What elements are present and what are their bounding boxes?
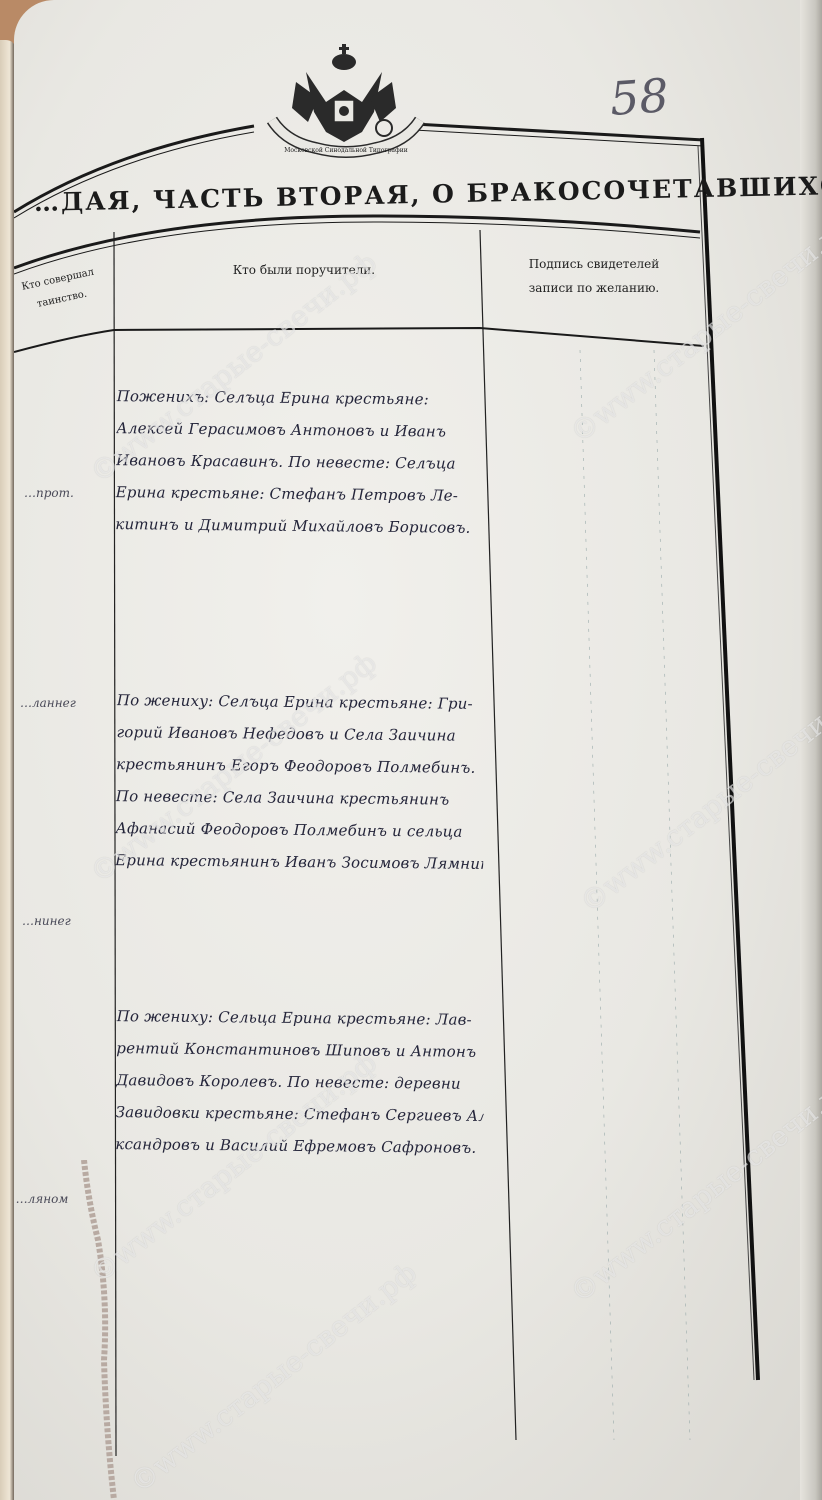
column-header-guarantors: Кто были поручители.	[174, 258, 434, 282]
handwritten-line: китинъ и Димитрий Михайловъ Борисовъ.	[115, 508, 483, 544]
handwritten-line: По невесте: Села Заичина крестьянинъ	[116, 780, 484, 816]
handwritten-line: Афанасий Феодоровъ Полмебинъ и сельца	[115, 812, 483, 848]
handwritten-line: горий Ивановъ Нефедовъ и Села Заичина	[116, 716, 484, 752]
column-header-witness-signatures: Подпись свидетелей записи по желанию.	[524, 252, 664, 300]
handwritten-line: Поженихъ: Селъца Ерина крестьяне:	[117, 380, 485, 416]
margin-note: …нинег	[22, 914, 71, 928]
double-headed-eagle-icon: Московской Синодальной Типографии	[266, 42, 426, 162]
handwritten-line: По жениху: Сельца Ерина крестьяне: Лав-	[117, 1000, 485, 1036]
margin-note: …прот.	[24, 486, 74, 500]
handwritten-line: По жениху: Селъца Ерина крестьяне: Гри-	[117, 684, 485, 720]
printer-ribbon-text: Московской Синодальной Типографии	[284, 147, 407, 154]
margin-note: 1…ляном	[14, 1192, 68, 1206]
handwritten-line: рентий Константиновъ Шиповъ и Антонъ	[116, 1032, 484, 1068]
guarantors-entry-2: По жениху: Селъца Ерина крестьяне: Гри- …	[115, 684, 485, 880]
handwritten-line: Ивановъ Красавинъ. По невесте: Селъца	[116, 444, 484, 480]
handwritten-line: Ерина крестьяне: Стефанъ Петровъ Ле-	[116, 476, 484, 512]
margin-note: …ланнег	[20, 696, 76, 710]
handwritten-line: Давидовъ Королевъ. По невесте: деревни	[116, 1064, 484, 1100]
handwritten-line: ксандровъ и Василий Ефремовъ Сафроновъ.	[115, 1128, 483, 1164]
binding-string	[74, 1160, 134, 1500]
handwritten-line: Ерина крестьянинъ Иванъ Зосимовъ Лямнинъ…	[115, 844, 483, 880]
handwritten-line: Алексей Герасимовъ Антоновъ и Иванъ	[116, 412, 484, 448]
guarantors-entry-3: По жениху: Сельца Ерина крестьяне: Лав- …	[115, 1000, 485, 1164]
guarantors-entry-1: Поженихъ: Селъца Ерина крестьяне: Алексе…	[115, 380, 485, 544]
handwritten-line: крестьянинъ Егоръ Феодоровъ Полмебинъ.	[116, 748, 484, 784]
page-number: 58	[608, 68, 670, 126]
handwritten-line: Завидовки крестьяне: Стефанъ Сергиевъ Ал…	[116, 1096, 484, 1132]
register-page: Московской Синодальной Типографии 58 …ДА…	[14, 0, 822, 1500]
